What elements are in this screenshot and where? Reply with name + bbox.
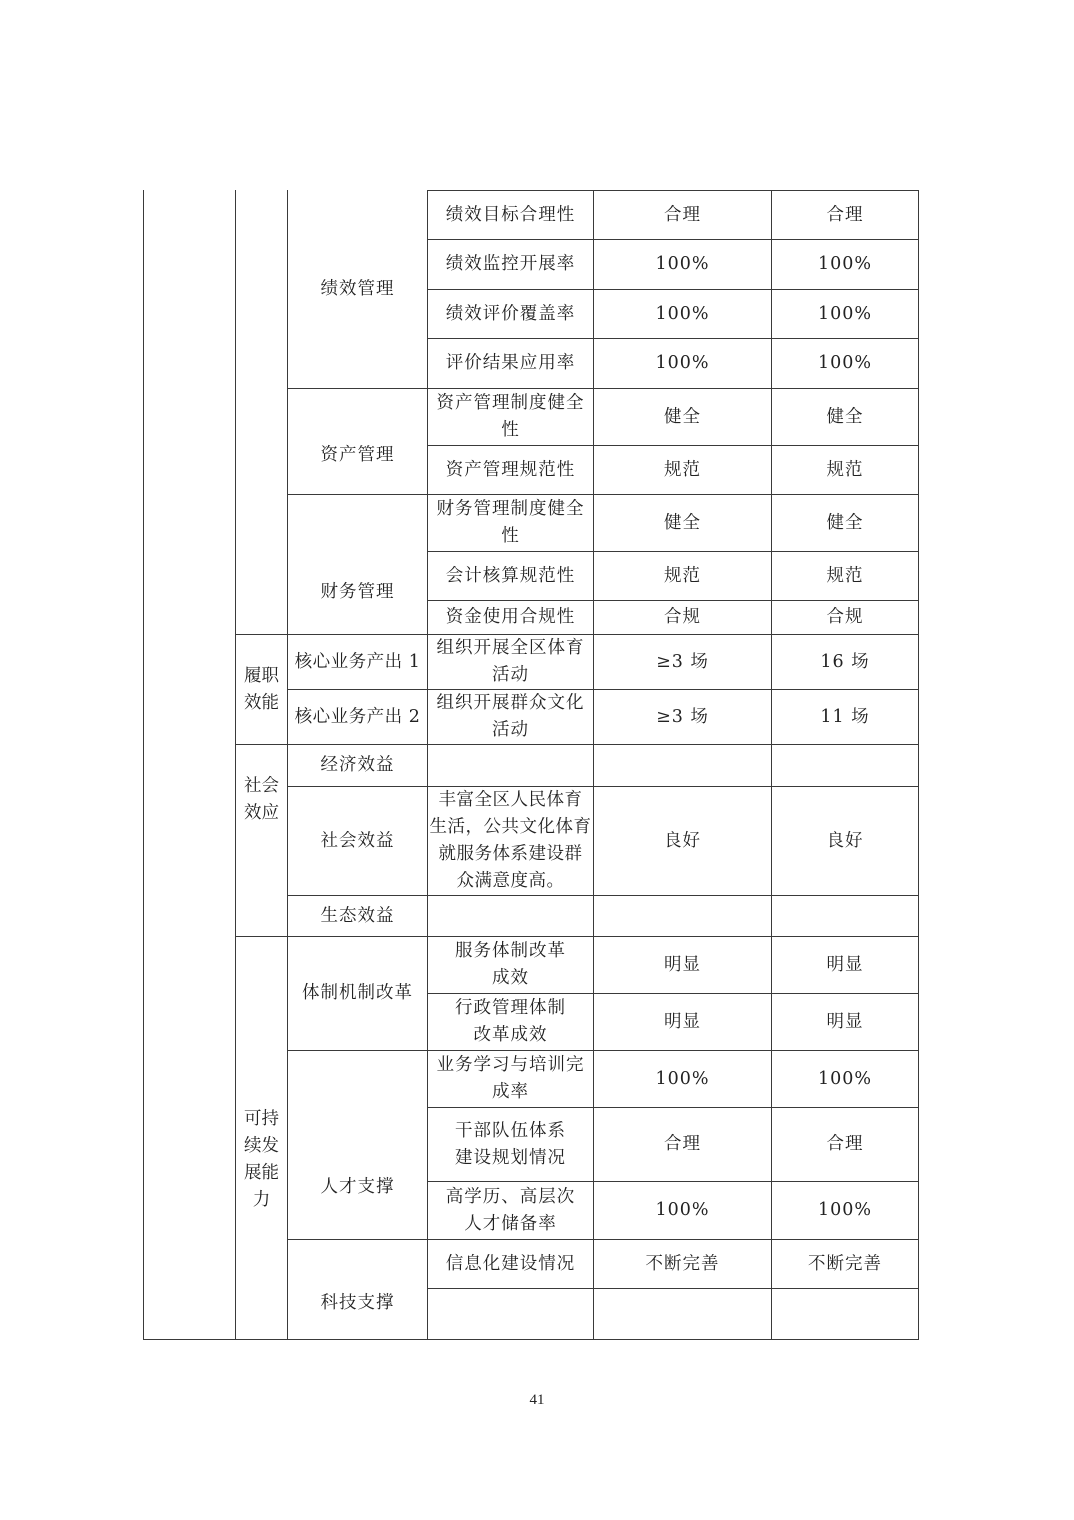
target-value-cell: 明显 xyxy=(594,994,771,1050)
actual-value-cell: 健全 xyxy=(772,389,918,445)
target-value-cell: 合规 xyxy=(594,601,771,634)
target-value-cell: 不断完善 xyxy=(594,1240,771,1288)
indicator-cell: 会计核算规范性 xyxy=(428,552,593,600)
section-label-performance: 履职 效能 xyxy=(236,635,287,745)
actual-value-cell: 合理 xyxy=(772,191,918,239)
table-border-right xyxy=(918,190,919,1340)
category-tech-support: 科技支撑 xyxy=(288,1240,427,1367)
indicator-cell: 资产管理规范性 xyxy=(428,446,593,494)
actual-value-cell xyxy=(772,1289,918,1339)
indicator-cell: 资产管理制度健全 性 xyxy=(428,389,593,445)
target-value-cell: 合理 xyxy=(594,1108,771,1181)
section-label-social-effect: 社会 效应 xyxy=(236,745,287,865)
indicator-cell: 绩效目标合理性 xyxy=(428,191,593,239)
actual-value-cell: 规范 xyxy=(772,552,918,600)
indicator-cell: 行政管理体制 改革成效 xyxy=(428,994,593,1050)
actual-value-cell: 100% xyxy=(772,290,918,338)
actual-value-cell: 16 场 xyxy=(772,635,918,689)
category-core-output-2: 核心业务产出 2 xyxy=(288,690,427,744)
target-value-cell: 规范 xyxy=(594,552,771,600)
actual-value-cell: 明显 xyxy=(772,937,918,993)
indicator-cell xyxy=(428,745,593,786)
indicator-cell: 服务体制改革 成效 xyxy=(428,937,593,993)
actual-value-cell: 健全 xyxy=(772,495,918,551)
target-value-cell: 明显 xyxy=(594,937,771,993)
actual-value-cell xyxy=(772,896,918,936)
table-border-left xyxy=(143,190,144,1340)
actual-value-cell: 规范 xyxy=(772,446,918,494)
target-value-cell xyxy=(594,896,771,936)
indicator-cell xyxy=(428,896,593,936)
category-ecological-benefit: 生态效益 xyxy=(288,896,427,936)
indicator-cell: 绩效评价覆盖率 xyxy=(428,290,593,338)
actual-value-cell: 100% xyxy=(772,1051,918,1107)
indicator-cell: 财务管理制度健全 性 xyxy=(428,495,593,551)
target-value-cell: 100% xyxy=(594,290,771,338)
actual-value-cell: 11 场 xyxy=(772,690,918,744)
indicator-cell xyxy=(428,1289,593,1339)
indicator-cell: 组织开展全区体育 活动 xyxy=(428,635,593,689)
target-value-cell: 100% xyxy=(594,1051,771,1107)
indicator-cell: 信息化建设情况 xyxy=(428,1240,593,1288)
indicator-cell: 丰富全区人民体育 生活，公共文化体育 就服务体系建设群 众满意度高。 xyxy=(428,787,593,895)
category-economic-benefit: 经济效益 xyxy=(288,745,427,786)
target-value-cell: 合理 xyxy=(594,191,771,239)
indicator-cell: 干部队伍体系 建设规划情况 xyxy=(428,1108,593,1181)
actual-value-cell: 不断完善 xyxy=(772,1240,918,1288)
table-border-bottom xyxy=(143,1339,919,1340)
target-value-cell: 100% xyxy=(594,240,771,289)
indicator-cell: 资金使用合规性 xyxy=(428,601,593,634)
section-label-sustainability: 可持 续发 展能 力 xyxy=(236,1100,287,1220)
indicator-cell: 评价结果应用率 xyxy=(428,339,593,388)
actual-value-cell: 合规 xyxy=(772,601,918,634)
actual-value-cell xyxy=(772,745,918,786)
indicator-cell: 组织开展群众文化 活动 xyxy=(428,690,593,744)
category-system-reform: 体制机制改革 xyxy=(288,937,427,1050)
category-core-output-1: 核心业务产出 1 xyxy=(288,635,427,689)
target-value-cell: ≥3 场 xyxy=(594,635,771,689)
category-social-benefit: 社会效益 xyxy=(288,787,427,895)
target-value-cell: 规范 xyxy=(594,446,771,494)
actual-value-cell: 明显 xyxy=(772,994,918,1050)
category-perf-mgmt: 绩效管理 xyxy=(288,190,427,388)
target-value-cell: 良好 xyxy=(594,787,771,895)
actual-value-cell: 100% xyxy=(772,339,918,388)
indicator-cell: 高学历、高层次 人才储备率 xyxy=(428,1182,593,1239)
target-value-cell: ≥3 场 xyxy=(594,690,771,744)
indicator-cell: 业务学习与培训完 成率 xyxy=(428,1051,593,1107)
target-value-cell: 健全 xyxy=(594,495,771,551)
target-value-cell: 100% xyxy=(594,339,771,388)
actual-value-cell: 合理 xyxy=(772,1108,918,1181)
actual-value-cell: 100% xyxy=(772,1182,918,1239)
target-value-cell xyxy=(594,745,771,786)
target-value-cell: 健全 xyxy=(594,389,771,445)
indicator-cell: 绩效监控开展率 xyxy=(428,240,593,289)
actual-value-cell: 100% xyxy=(772,240,918,289)
actual-value-cell: 良好 xyxy=(772,787,918,895)
target-value-cell xyxy=(594,1289,771,1339)
target-value-cell: 100% xyxy=(594,1182,771,1239)
page-number: 41 xyxy=(0,1392,1074,1409)
